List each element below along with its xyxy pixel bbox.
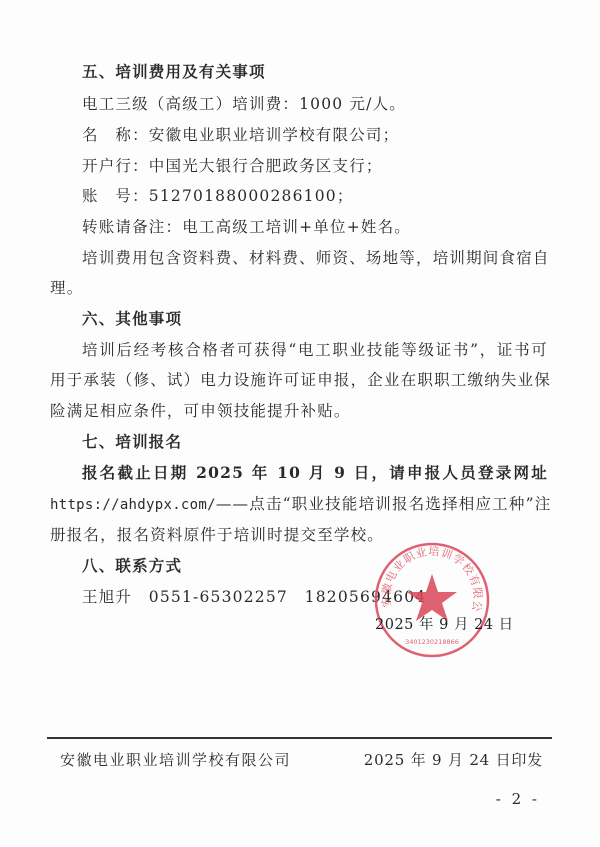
bank-name: 开户行：中国光大银行合肥政务区支行；	[82, 156, 582, 176]
section-6-line-3: 险满足相应条件，可申领技能提升补贴。	[50, 401, 550, 421]
section-7-line-2: https://ahdypx.com/——点击“职业技能培训报名选择相应工种”注	[50, 494, 550, 515]
section-7-line-2-text: ——点击“职业技能培训报名选择相应工种”注	[216, 495, 552, 513]
footer-divider	[47, 737, 552, 739]
signature-date: 2025 年 9 月 24 日	[375, 613, 514, 634]
section-7-heading: 七、培训报名	[82, 432, 582, 452]
account-name: 名 称：安徽电业职业培训学校有限公司；	[82, 125, 582, 145]
section-5-heading: 五、培训费用及有关事项	[82, 62, 582, 82]
fee-includes-line-2: 理。	[50, 278, 550, 298]
document-page: 五、培训费用及有关事项 电工三级（高级工）培训费：1000 元/人。 名 称：安…	[0, 0, 600, 847]
registration-url-link[interactable]: https://ahdypx.com/	[50, 497, 216, 513]
section-6-line-2: 用于承装（修、试）电力设施许可证申报，企业在职职工缴纳失业保	[50, 370, 548, 390]
section-6-line-1: 培训后经考核合格者可获得“电工职业技能等级证书”，证书可	[82, 340, 548, 360]
svg-text:3401230218866: 3401230218866	[405, 638, 459, 646]
account-number: 账 号：51270188000286100；	[82, 186, 582, 206]
contact-info: 王旭升 0551-65302257 18205694604	[82, 587, 582, 607]
transfer-remark: 转账请备注：电工高级工培训+单位+姓名。	[82, 217, 582, 237]
official-seal-icon: 安徽电业职业培训学校有限公司 3401230218866	[372, 540, 492, 660]
page-number: - 2 -	[496, 790, 540, 808]
fee-includes-line-1: 培训费用包含资料费、材料费、师资、场地等，培训期间食宿自	[82, 248, 548, 268]
footer-issuer: 安徽电业职业培训学校有限公司	[60, 749, 291, 770]
footer-issued-date: 2025 年 9 月 24 日印发	[364, 749, 543, 770]
training-fee: 电工三级（高级工）培训费：1000 元/人。	[82, 94, 582, 114]
section-7-deadline: 报名截止日期 2025 年 10 月 9 日，请申报人员登录网址	[82, 463, 548, 483]
section-8-heading: 八、联系方式	[82, 556, 582, 576]
section-6-heading: 六、其他事项	[82, 309, 582, 329]
